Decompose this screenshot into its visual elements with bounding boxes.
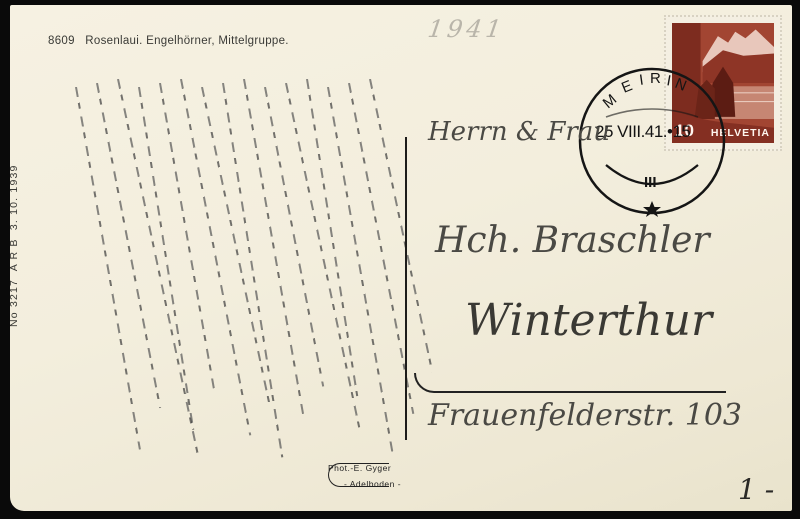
address-name: Hch. Braschler — [435, 220, 710, 261]
address-salutation: Herrn & Frau — [428, 117, 610, 147]
svg-text:M: M — [600, 91, 621, 112]
svg-text:I: I — [638, 72, 644, 89]
publisher-name: Phot.-E. Gyger — [328, 463, 391, 473]
postcard: 8609 Rosenlaui. Engelhörner, Mittelgrupp… — [10, 5, 792, 511]
star-icon — [643, 201, 661, 217]
postcard-caption: 8609 Rosenlaui. Engelhörner, Mittelgrupp… — [48, 35, 289, 47]
address-city: Winterthur — [465, 295, 712, 346]
publisher-signature: Phot.-E. Gyger - Adelboden - — [328, 463, 401, 489]
handwritten-message — [50, 70, 390, 490]
svg-text:I: I — [665, 72, 672, 89]
svg-text:N: N — [673, 75, 689, 95]
svg-text:R: R — [650, 70, 661, 87]
address-underline — [414, 373, 726, 393]
publisher-location: - Adelboden - — [344, 479, 401, 489]
divider-line — [405, 137, 407, 440]
address-street: Frauenfelderstr. 103 — [428, 398, 742, 433]
postmark-office: III — [644, 174, 657, 191]
side-caption: No 3217 A R B 3. 10. 1939 — [10, 67, 20, 327]
svg-text:E: E — [619, 77, 635, 97]
message-line — [159, 83, 215, 389]
year-note: 1941 — [426, 15, 507, 43]
message-line — [369, 79, 433, 373]
corner-note: 1 - — [738, 473, 774, 506]
message-line — [306, 79, 358, 396]
message-line — [138, 87, 194, 430]
